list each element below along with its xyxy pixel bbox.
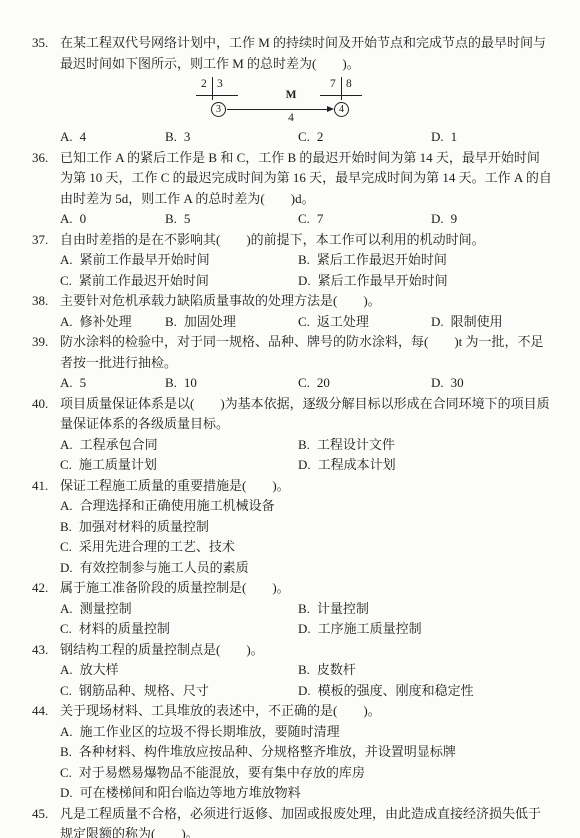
options-grid: A.紧前工作最早开始时间 B.紧后工作最迟开始时间 C.紧前工作最迟开始时间 D… [60, 250, 552, 291]
options-row: A.4 B.3 C.2 D.1 [60, 127, 552, 148]
option-d: D.限制使用 [431, 312, 552, 333]
question-stem: 自由时差指的是在不影响其( )的前提下，本工作可以利用的机动时间。 [60, 230, 552, 251]
question-stem: 属于施工准备阶段的质量控制是( )。 [60, 578, 552, 599]
question-body: 属于施工准备阶段的质量控制是( )。 A.测量控制 B.计量控制 C.材料的质量… [60, 578, 552, 640]
question-stem: 保证工程施工质量的重要措施是( )。 [60, 476, 552, 497]
end-node: 4 [334, 102, 349, 117]
question-item: 42. 属于施工准备阶段的质量控制是( )。 A.测量控制 B.计量控制 C.材… [32, 578, 552, 640]
end-time-divider-line [341, 77, 342, 100]
option-d: D.1 [431, 127, 552, 148]
option-c: C.对于易燃易爆物品不能混放，要有集中存放的库房 [60, 763, 552, 784]
question-item: 43. 钢结构工程的质量控制点是( )。 A.放大样 B.皮数杆 C.钢筋品种、… [32, 640, 552, 702]
start-node-late-time: 3 [217, 78, 223, 91]
options-grid: A.工程承包合同 B.工程设计文件 C.施工质量计划 D.工程成本计划 [60, 435, 552, 476]
options-list: A.合理选择和正确使用施工机械设备 B.加强对材料的质量控制 C.采用先进合理的… [60, 496, 552, 578]
question-body: 已知工作 A 的紧后工作是 B 和 C，工作 B 的最迟开始时间为第 14 天，… [60, 148, 552, 230]
exam-page: 35. 在某工程双代号网络计划中，工作 M 的持续时间及开始节点和完成节点的最早… [0, 0, 580, 838]
option-c: C.材料的质量控制 [60, 619, 298, 640]
question-number: 40. [32, 394, 60, 476]
option-c: C.采用先进合理的工艺、技术 [60, 537, 552, 558]
question-stem: 已知工作 A 的紧后工作是 B 和 C，工作 B 的最迟开始时间为第 14 天，… [60, 148, 552, 210]
question-number: 36. [32, 148, 60, 230]
option-d: D.30 [431, 373, 552, 394]
question-item: 44. 关于现场材料、工具堆放的表述中，不正确的是( )。 A.施工作业区的垃圾… [32, 701, 552, 804]
option-c: C.返工处理 [298, 312, 431, 333]
network-diagram-figure: 2 3 7 8 3 4 M 4 [196, 76, 406, 126]
option-c: C.紧前工作最迟开始时间 [60, 271, 298, 292]
question-item: 39. 防水涂料的检验中，对于同一规格、品种、牌号的防水涂料，每( )t 为一批… [32, 332, 552, 394]
question-stem: 关于现场材料、工具堆放的表述中，不正确的是( )。 [60, 701, 552, 722]
question-number: 39. [32, 332, 60, 394]
question-item: 35. 在某工程双代号网络计划中，工作 M 的持续时间及开始节点和完成节点的最早… [32, 33, 552, 148]
option-a: A.紧前工作最早开始时间 [60, 250, 298, 271]
end-node-early-time: 7 [330, 78, 336, 91]
question-number: 35. [32, 33, 60, 148]
activity-arrowhead [327, 106, 334, 112]
question-number: 44. [32, 701, 60, 804]
question-item: 37. 自由时差指的是在不影响其( )的前提下，本工作可以利用的机动时间。 A.… [32, 230, 552, 292]
question-item: 45. 凡是工程质量不合格，必须进行返修、加固或报废处理，由此造成直接经济损失低… [32, 804, 552, 838]
question-stem: 钢结构工程的质量控制点是( )。 [60, 640, 552, 661]
question-stem: 凡是工程质量不合格，必须进行返修、加固或报废处理，由此造成直接经济损失低于规定限… [60, 804, 552, 838]
option-d: D.工程成本计划 [298, 455, 552, 476]
option-d: D.可在楼梯间和阳台临边等地方堆放物料 [60, 783, 552, 804]
option-d: D.9 [431, 209, 552, 230]
options-row: A.5 B.10 C.20 D.30 [60, 373, 552, 394]
option-b: B.计量控制 [298, 599, 552, 620]
end-node-late-time: 8 [346, 78, 352, 91]
question-number: 43. [32, 640, 60, 702]
option-b: B.皮数杆 [298, 660, 552, 681]
option-c: C.施工质量计划 [60, 455, 298, 476]
question-body: 关于现场材料、工具堆放的表述中，不正确的是( )。 A.施工作业区的垃圾不得长期… [60, 701, 552, 804]
activity-arrow-line [227, 109, 330, 110]
question-body: 自由时差指的是在不影响其( )的前提下，本工作可以利用的机动时间。 A.紧前工作… [60, 230, 552, 292]
option-d: D.模板的强度、刚度和稳定性 [298, 681, 552, 702]
option-a: A.合理选择和正确使用施工机械设备 [60, 496, 552, 517]
activity-name-label: M [271, 89, 311, 102]
option-b: B.紧后工作最迟开始时间 [298, 250, 552, 271]
question-body: 项目质量保证体系是以( )为基本依据，逐级分解目标以形成在合同环境下的项目质量保… [60, 394, 552, 476]
question-number: 37. [32, 230, 60, 292]
question-body: 主要针对危机承载力缺陷质量事故的处理方法是( )。 A.修补处理 B.加固处理 … [60, 291, 552, 332]
question-item: 41. 保证工程施工质量的重要措施是( )。 A.合理选择和正确使用施工机械设备… [32, 476, 552, 579]
question-item: 40. 项目质量保证体系是以( )为基本依据，逐级分解目标以形成在合同环境下的项… [32, 394, 552, 476]
question-body: 钢结构工程的质量控制点是( )。 A.放大样 B.皮数杆 C.钢筋品种、规格、尺… [60, 640, 552, 702]
question-stem: 主要针对危机承载力缺陷质量事故的处理方法是( )。 [60, 291, 552, 312]
question-stem: 在某工程双代号网络计划中，工作 M 的持续时间及开始节点和完成节点的最早时间与最… [60, 33, 552, 74]
question-body: 凡是工程质量不合格，必须进行返修、加固或报废处理，由此造成直接经济损失低于规定限… [60, 804, 552, 838]
start-node: 3 [211, 102, 226, 117]
activity-duration-label: 4 [271, 112, 311, 125]
option-c: C.7 [298, 209, 431, 230]
options-grid: A.测量控制 B.计量控制 C.材料的质量控制 D.工序施工质量控制 [60, 599, 552, 640]
option-a: A.测量控制 [60, 599, 298, 620]
option-d: D.紧后工作最早开始时间 [298, 271, 552, 292]
option-c: C.20 [298, 373, 431, 394]
options-grid: A.放大样 B.皮数杆 C.钢筋品种、规格、尺寸 D.模板的强度、刚度和稳定性 [60, 660, 552, 701]
option-c: C.2 [298, 127, 431, 148]
option-a: A.工程承包合同 [60, 435, 298, 456]
option-a: A.修补处理 [60, 312, 165, 333]
options-list: A.施工作业区的垃圾不得长期堆放，要随时清理 B.各种材料、构件堆放应按品种、分… [60, 722, 552, 804]
option-b: B.3 [165, 127, 298, 148]
question-number: 45. [32, 804, 60, 838]
option-b: B.各种材料、构件堆放应按品种、分规格整齐堆放，并设置明显标牌 [60, 742, 552, 763]
option-b: B.工程设计文件 [298, 435, 552, 456]
start-time-baseline [196, 95, 238, 96]
start-time-divider-line [212, 77, 213, 100]
question-number: 42. [32, 578, 60, 640]
question-stem: 项目质量保证体系是以( )为基本依据，逐级分解目标以形成在合同环境下的项目质量保… [60, 394, 552, 435]
option-a: A.4 [60, 127, 165, 148]
option-a: A.放大样 [60, 660, 298, 681]
options-row: A.修补处理 B.加固处理 C.返工处理 D.限制使用 [60, 312, 552, 333]
question-item: 38. 主要针对危机承载力缺陷质量事故的处理方法是( )。 A.修补处理 B.加… [32, 291, 552, 332]
option-a: A.0 [60, 209, 165, 230]
option-b: B.10 [165, 373, 298, 394]
question-stem: 防水涂料的检验中，对于同一规格、品种、牌号的防水涂料，每( )t 为一批，不足者… [60, 332, 552, 373]
end-time-baseline [320, 95, 362, 96]
start-node-early-time: 2 [201, 78, 207, 91]
question-number: 38. [32, 291, 60, 332]
option-d: D.有效控制参与施工人员的素质 [60, 558, 552, 579]
option-c: C.钢筋品种、规格、尺寸 [60, 681, 298, 702]
question-body: 保证工程施工质量的重要措施是( )。 A.合理选择和正确使用施工机械设备 B.加… [60, 476, 552, 579]
options-row: A.0 B.5 C.7 D.9 [60, 209, 552, 230]
question-body: 在某工程双代号网络计划中，工作 M 的持续时间及开始节点和完成节点的最早时间与最… [60, 33, 552, 148]
option-b: B.5 [165, 209, 298, 230]
option-a: A.施工作业区的垃圾不得长期堆放，要随时清理 [60, 722, 552, 743]
question-number: 41. [32, 476, 60, 579]
question-body: 防水涂料的检验中，对于同一规格、品种、牌号的防水涂料，每( )t 为一批，不足者… [60, 332, 552, 394]
option-b: B.加固处理 [165, 312, 298, 333]
question-item: 36. 已知工作 A 的紧后工作是 B 和 C，工作 B 的最迟开始时间为第 1… [32, 148, 552, 230]
option-b: B.加强对材料的质量控制 [60, 517, 552, 538]
option-d: D.工序施工质量控制 [298, 619, 552, 640]
option-a: A.5 [60, 373, 165, 394]
